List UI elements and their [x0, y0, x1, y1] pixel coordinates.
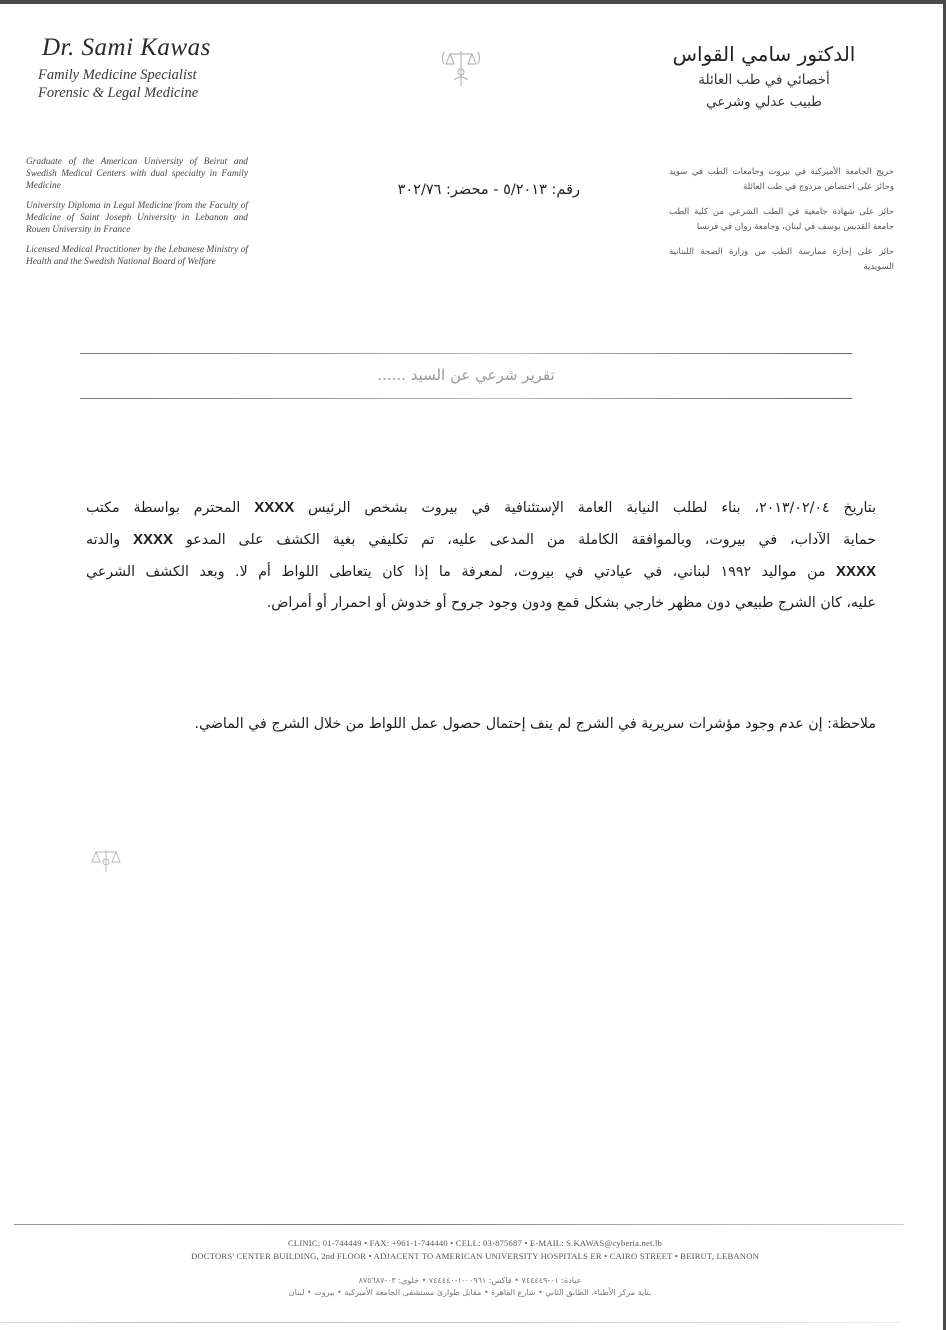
report-body: بتاريخ ٢٠١٣/٠٢/٠٤، بناء لطلب النيابة الع… [86, 492, 876, 619]
footer-contact-line-arabic: عيادة: ٠١-٧٤٤٤٤٩ • فاكس: ٠٠٩٦١-١-٧٤٤٤٤٠ … [160, 1275, 780, 1287]
body-line: حماية الآداب، في بيروت، وبالموافقة الكام… [86, 524, 876, 556]
body-text-segment: والدته [86, 532, 133, 548]
body-text-segment: من مواليد ١٩٩٢ لبناني، في عيادتي في بيرو… [86, 564, 836, 580]
title-rule-top [80, 353, 852, 354]
credentials-english: Graduate of the American University of B… [26, 156, 248, 276]
body-line: عليه، كان الشرج طبيعي دون مظهر خارجي بشك… [86, 588, 876, 619]
title-rule-bottom [80, 398, 852, 399]
letterhead-arabic: الدكتور سامي القواس أخصائي في طب العائلة… [644, 42, 884, 110]
redacted-name: XXXX [133, 531, 173, 548]
credentials-arabic: خريج الجامعة الأميركية في بيروت وجامعات … [669, 165, 894, 285]
credential-english: Graduate of the American University of B… [26, 156, 248, 192]
footer-contact-english: CLINIC: 01-744449 • FAX: +961-1-744440 •… [60, 1237, 890, 1263]
scales-of-justice-icon [438, 48, 484, 92]
doctor-name-english: Dr. Sami Kawas [42, 34, 268, 62]
report-title: تقرير شرعي عن السيد ...... [80, 366, 852, 384]
doctor-title-arabic-1: أخصائي في طب العائلة [644, 72, 884, 88]
body-text-segment: المحترم بواسطة مكتب [86, 500, 254, 516]
footer-rule [14, 1224, 904, 1225]
body-line: بتاريخ ٢٠١٣/٠٢/٠٤، بناء لطلب النيابة الع… [86, 492, 876, 524]
redacted-name: XXXX [836, 563, 876, 580]
page-bottom-edge [0, 1322, 900, 1323]
body-text-segment: بتاريخ ٢٠١٣/٠٢/٠٤، بناء لطلب النيابة الع… [294, 500, 876, 516]
footer-address-line: DOCTORS' CENTER BUILDING, 2nd FLOOR • AD… [60, 1250, 890, 1263]
report-note: ملاحظة: إن عدم وجود مؤشرات سريرية في الش… [86, 716, 876, 732]
doctor-name-arabic: الدكتور سامي القواس [644, 42, 884, 66]
credential-arabic: خريج الجامعة الأميركية في بيروت وجامعات … [669, 165, 894, 195]
footer-contact-arabic: عيادة: ٠١-٧٤٤٤٤٩ • فاكس: ٠٠٩٦١-١-٧٤٤٤٤٠ … [160, 1275, 780, 1299]
page-top-border [0, 0, 946, 4]
doctor-title-arabic-2: طبيب عدلي وشرعي [644, 94, 884, 110]
credential-english: Licensed Medical Practitioner by the Leb… [26, 244, 248, 268]
body-line: XXXX من مواليد ١٩٩٢ لبناني، في عيادتي في… [86, 556, 876, 588]
credential-arabic: حائز على شهادة جامعية في الطب الشرعي من … [669, 205, 894, 235]
scales-stamp-icon [86, 848, 126, 874]
doctor-title-english-2: Forensic & Legal Medicine [38, 84, 268, 102]
body-text-segment: عليه، كان الشرج طبيعي دون مظهر خارجي بشك… [267, 595, 876, 611]
footer-contact-line: CLINIC: 01-744449 • FAX: +961-1-744440 •… [60, 1237, 890, 1250]
footer-address-line-arabic: بناية مركز الأطباء، الطابق الثاني • شارع… [160, 1287, 780, 1299]
redacted-name: XXXX [254, 499, 294, 516]
credential-arabic: حائز على إجازة ممارسة الطب من وزارة الصح… [669, 245, 894, 275]
reference-number: رقم: ٥/٢٠١٣ - محضر: ٣٠٢/٧٦ [340, 182, 580, 198]
credential-english: University Diploma in Legal Medicine fro… [26, 200, 248, 236]
body-text-segment: حماية الآداب، في بيروت، وبالموافقة الكام… [173, 532, 876, 548]
letterhead-english: Dr. Sami Kawas Family Medicine Specialis… [38, 34, 268, 102]
doctor-title-english-1: Family Medicine Specialist [38, 66, 268, 84]
